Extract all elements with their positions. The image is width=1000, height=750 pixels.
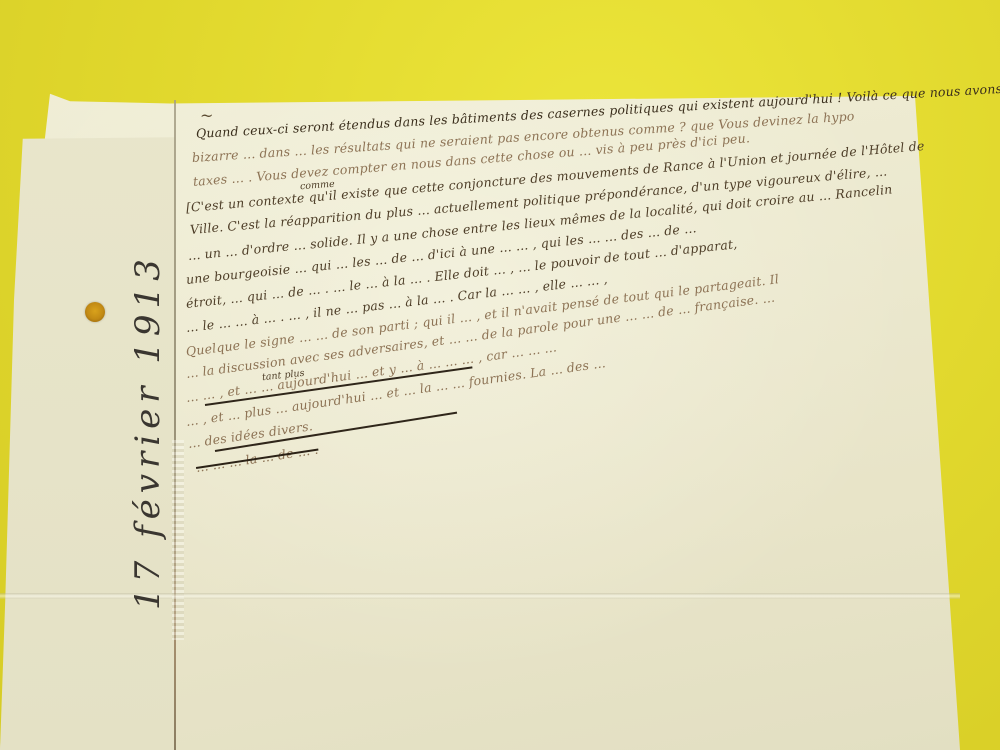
handwritten-text-block: Quand ceux-ci seront étendus dans les bâ… xyxy=(0,0,1000,750)
